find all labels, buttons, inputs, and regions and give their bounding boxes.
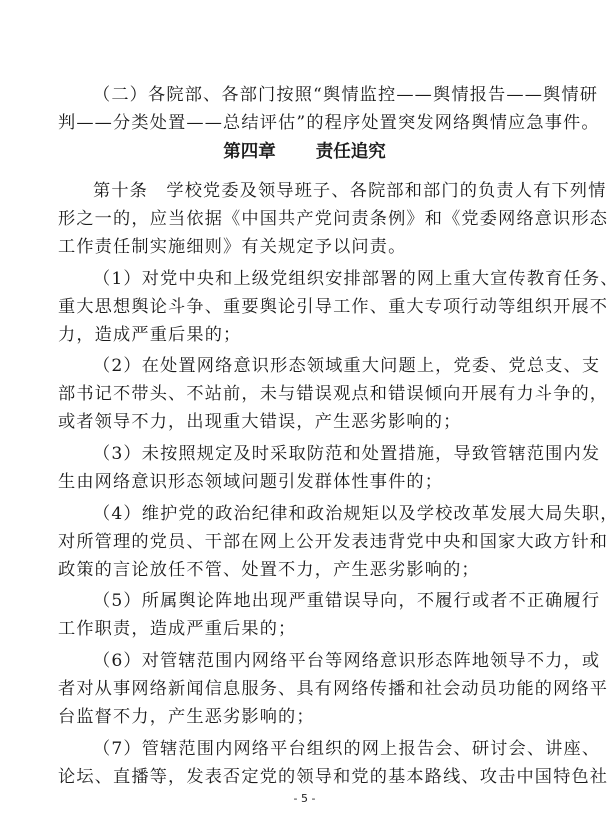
- chapter-title: 责任追究: [316, 141, 386, 163]
- item-line: （1）对党中央和上级党组织安排部署的网上重大宣传教育任务、: [93, 268, 554, 290]
- item-line: （3）未按照规定及时采取防范和处置措施，导致管辖范围内发: [93, 443, 554, 465]
- item-line: 部书记不带头、不站前，未与错误观点和错误倾向开展有力斗争的，: [58, 383, 554, 405]
- item-line: 重大思想舆论斗争、重要舆论引导工作、重大专项行动等组织开展不: [58, 296, 554, 318]
- page-number: - 5 -: [0, 792, 609, 805]
- item-line: 工作职责，造成严重后果的；: [58, 618, 554, 640]
- item-line: 力，造成严重后果的；: [58, 324, 554, 346]
- item-line: 论坛、直播等，发表否定党的领导和党的基本路线、攻击中国特色社: [58, 766, 554, 788]
- item-line: 或者领导不力，出现重大错误，产生恶劣影响的；: [58, 411, 554, 433]
- item-line: （4）维护党的政治纪律和政治规矩以及学校改革发展大局失职，: [93, 503, 554, 525]
- chapter-number: 第四章: [223, 141, 276, 163]
- document-page: （二）各院部、各部门按照“舆情监控——舆情报告——舆情研 判——分类处置——总结…: [0, 0, 609, 835]
- item-line: 者对从事网络新闻信息服务、具有网络传播和社会动员功能的网络平: [58, 678, 554, 700]
- item-line: （7）管辖范围内网络平台组织的网上报告会、研讨会、讲座、: [93, 738, 554, 760]
- article-line: 工作责任制实施细则》有关规定予以问责。: [58, 236, 554, 258]
- paragraph-line: （二）各院部、各部门按照“舆情监控——舆情报告——舆情研: [93, 84, 554, 106]
- item-line: 政策的言论放任不管、处置不力，产生恶劣影响的；: [58, 559, 554, 581]
- item-line: 生由网络意识形态领域问题引发群体性事件的；: [58, 471, 554, 493]
- chapter-heading: 第四章责任追究: [0, 141, 609, 163]
- article-line: 第十条 学校党委及领导班子、各院部和部门的负责人有下列情: [93, 180, 554, 202]
- item-line: （5）所属舆论阵地出现严重错误导向，不履行或者不正确履行: [93, 590, 554, 612]
- item-line: （2）在处置网络意识形态领域重大问题上，党委、党总支、支: [93, 355, 554, 377]
- item-line: 对所管理的党员、干部在网上公开发表违背党中央和国家大政方针和: [58, 531, 554, 553]
- article-line: 形之一的，应当依据《中国共产党问责条例》和《党委网络意识形态: [58, 208, 554, 230]
- item-line: （6）对管辖范围内网络平台等网络意识形态阵地领导不力，或: [93, 650, 554, 672]
- item-line: 台监督不力，产生恶劣影响的；: [58, 706, 554, 728]
- paragraph-line: 判——分类处置——总结评估”的程序处置突发网络舆情应急事件。: [58, 112, 554, 134]
